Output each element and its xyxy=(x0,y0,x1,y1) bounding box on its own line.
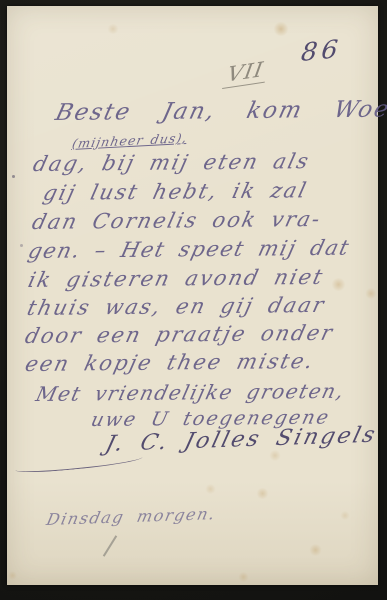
letter-line-3: gij lust hebt, ik zal xyxy=(41,180,310,204)
pencil-numeral: VII xyxy=(222,57,269,89)
letter-line-2: dag, bij mij eten als xyxy=(31,151,312,175)
dateline: Dinsdag morgen. xyxy=(45,506,217,528)
letter-line-4: dan Cornelis ook vra- xyxy=(30,209,324,233)
foxing-stain xyxy=(107,24,119,34)
scan-mat-background: VII 86 Beste Jan, kom Woens (mijnheer du… xyxy=(0,0,387,600)
letter-line-9: een kopje thee miste. xyxy=(23,351,317,375)
pencil-tick-mark xyxy=(103,535,117,556)
ink-speck xyxy=(20,244,23,247)
foxing-stain xyxy=(205,484,216,494)
closing-line: Met vriendelijke groeten, xyxy=(34,381,347,404)
foxing-stain xyxy=(269,450,281,461)
foxing-stain xyxy=(340,511,350,520)
letter-line-6: ik gisteren avond niet xyxy=(26,267,326,291)
interlinear-insertion: (mijnheer dus), xyxy=(71,132,189,150)
letter-paper: VII 86 Beste Jan, kom Woens (mijnheer du… xyxy=(7,6,378,585)
letter-line-7: thuis was, en gij daar xyxy=(25,295,328,319)
letter-line-8: door een praatje onder xyxy=(23,323,336,347)
foxing-stain xyxy=(256,488,269,499)
foxing-stain xyxy=(331,278,346,291)
letter-line-1: Beste Jan, kom Woens xyxy=(53,98,387,125)
ink-speck xyxy=(12,175,15,178)
foxing-stain xyxy=(238,572,249,582)
foxing-stain xyxy=(8,571,17,580)
letter-line-5: gen. – Het speet mij dat xyxy=(26,238,352,262)
foxing-stain xyxy=(273,22,289,36)
foxing-stain xyxy=(309,544,322,556)
foxing-stain xyxy=(365,288,377,299)
page-number: 86 xyxy=(300,36,343,65)
